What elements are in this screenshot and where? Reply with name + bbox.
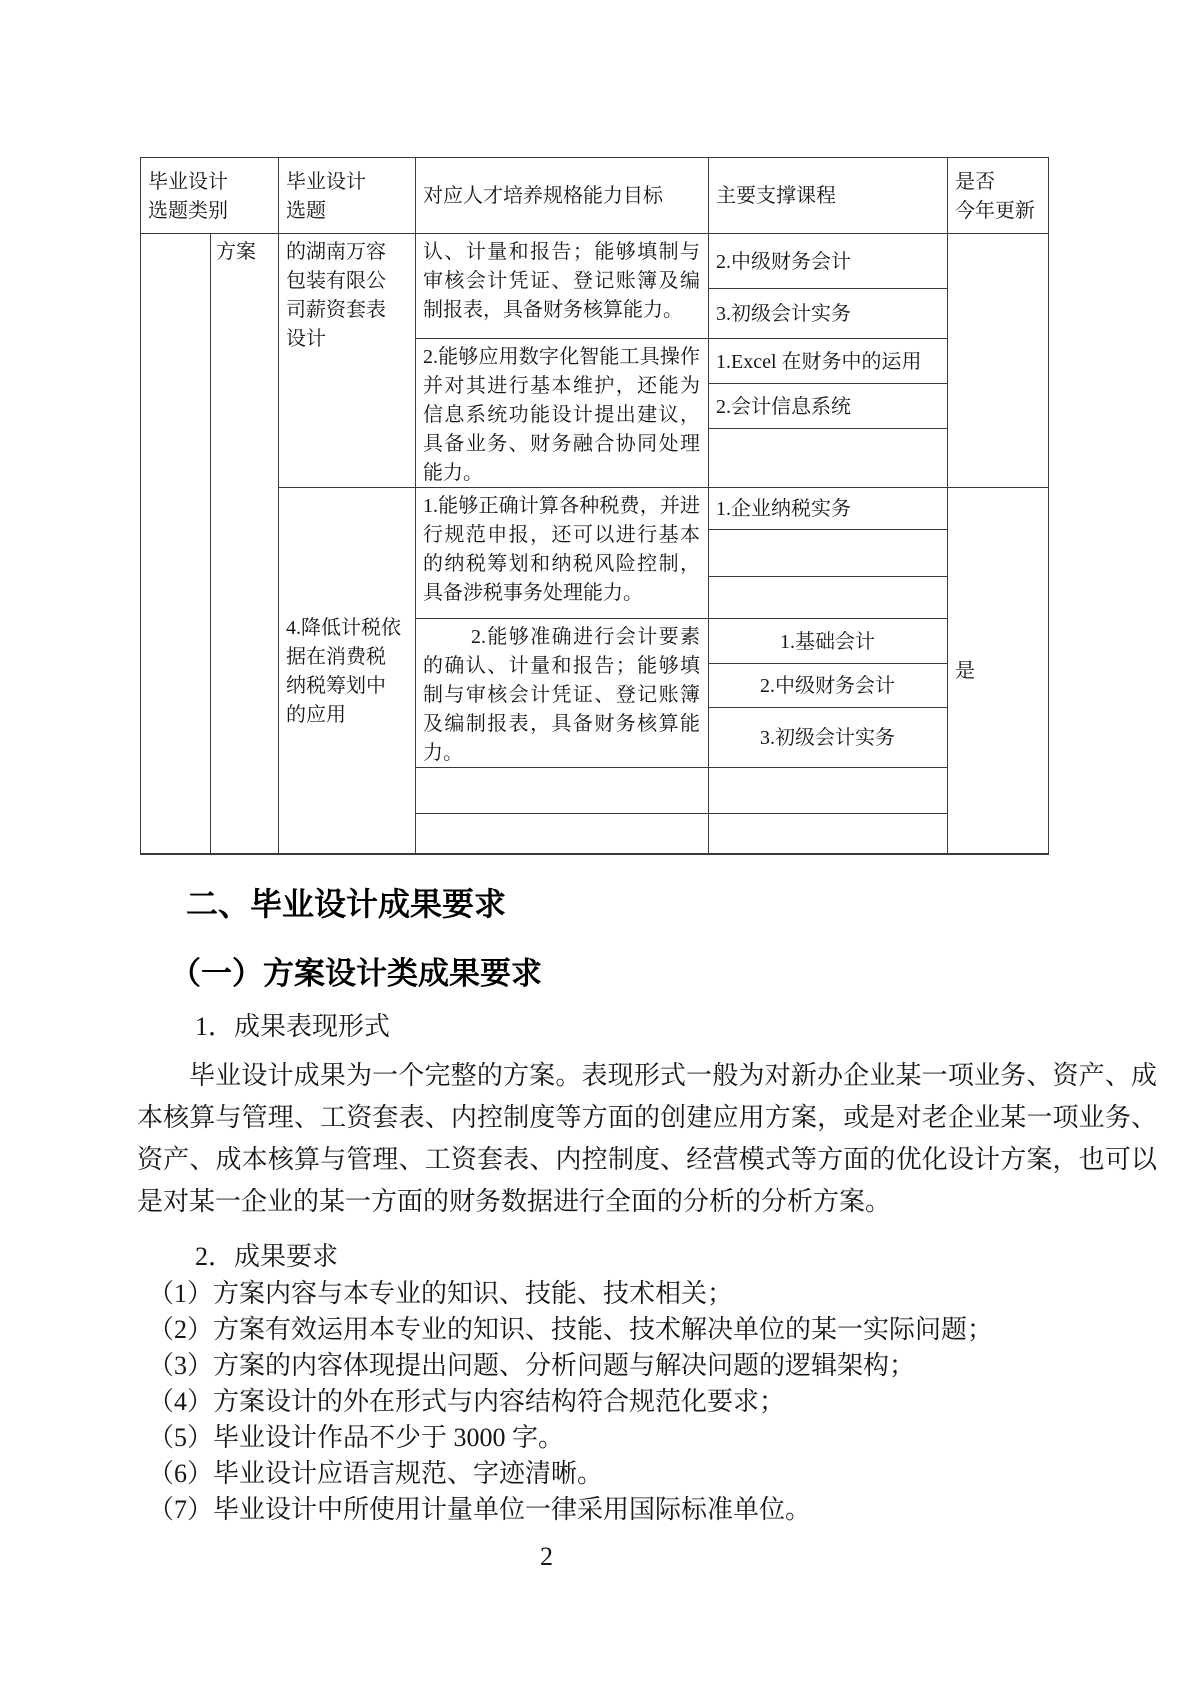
table-header-topic: 毕业设计 选题 xyxy=(279,158,416,234)
cell-ability-a1: 认、计量和报告；能够填制与审核会计凭证、登记账簿及编制报表，具备财务核算能力。 xyxy=(416,234,709,339)
cell-course-1a-1: 2.中级财务会计 xyxy=(709,234,948,289)
page-number: 2 xyxy=(540,1542,553,1572)
table-header-ability: 对应人才培养规格能力目标 xyxy=(416,158,709,234)
table-header-courses: 主要支撑课程 xyxy=(709,158,948,234)
cell-empty-ability-2 xyxy=(416,814,709,853)
requirements-list: （1）方案内容与本专业的知识、技能、技术相关； （2）方案有效运用本专业的知识、… xyxy=(148,1276,1158,1528)
table-header-updated: 是否 今年更新 xyxy=(948,158,1048,234)
requirement-item-5: （5）毕业设计作品不少于 3000 字。 xyxy=(148,1420,1158,1456)
cell-ability-a2: 2.能够应用数字化智能工具操作并对其进行基本维护，还能为信息系统功能设计提出建议… xyxy=(416,339,709,488)
requirement-item-7: （7）毕业设计中所使用计量单位一律采用国际标准单位。 xyxy=(148,1492,1158,1528)
cell-empty-updated xyxy=(948,234,1048,488)
cell-topic-1: 的湖南万容 包装有限公 司薪资套表 设计 xyxy=(279,234,416,488)
cell-empty-course-5 xyxy=(709,814,948,853)
cell-category-value: 方案 xyxy=(211,234,279,853)
cell-course-2b-3: 3.初级会计实务 xyxy=(709,708,948,768)
cell-course-1b-2: 2.会计信息系统 xyxy=(709,384,948,429)
section-heading: 二、毕业设计成果要求 xyxy=(186,884,506,924)
cell-empty-course-1 xyxy=(709,429,948,488)
requirement-item-1: （1）方案内容与本专业的知识、技能、技术相关； xyxy=(148,1276,1158,1312)
requirement-item-4: （4）方案设计的外在形式与内容结构符合规范化要求； xyxy=(148,1384,1158,1420)
overview-paragraph: 毕业设计成果为一个完整的方案。表现形式一般为对新办企业某一项业务、资产、成本核算… xyxy=(137,1055,1157,1223)
cell-empty-course-4 xyxy=(709,768,948,814)
item-1-title: 1．成果表现形式 xyxy=(195,1010,390,1044)
cell-empty-course-2 xyxy=(709,530,948,577)
topics-table: 毕业设计 选题类别 毕业设计 选题 对应人才培养规格能力目标 主要支撑课程 是否… xyxy=(140,157,1049,855)
cell-empty-course-3 xyxy=(709,577,948,619)
cell-course-2b-2: 2.中级财务会计 xyxy=(709,664,948,708)
cell-ability-b1: 1.能够正确计算各种税费，并进行规范申报，还可以进行基本的纳税筹划和纳税风险控制… xyxy=(416,488,709,619)
cell-course-1a-2: 3.初级会计实务 xyxy=(709,289,948,339)
cell-empty-ability-1 xyxy=(416,768,709,814)
cell-course-1b-1: 1.Excel 在财务中的运用 xyxy=(709,339,948,384)
cell-ability-b2: 2.能够准确进行会计要素的确认、计量和报告；能够填制与审核会计凭证、登记账簿及编… xyxy=(416,619,709,768)
subsection-heading: （一）方案设计类成果要求 xyxy=(170,954,542,994)
requirement-item-2: （2）方案有效运用本专业的知识、技能、技术解决单位的某一实际问题； xyxy=(148,1312,1158,1348)
cell-course-2a-1: 1.企业纳税实务 xyxy=(709,488,948,530)
cell-updated-value: 是 xyxy=(948,488,1048,853)
cell-course-2b-1: 1.基础会计 xyxy=(709,619,948,664)
requirement-item-6: （6）毕业设计应语言规范、字迹清晰。 xyxy=(148,1456,1158,1492)
cell-topic-2: 4.降低计税依 据在消费税 纳税筹划中 的应用 xyxy=(279,488,416,853)
cell-empty-category xyxy=(141,234,211,853)
requirement-item-3: （3）方案的内容体现提出问题、分析问题与解决问题的逻辑架构； xyxy=(148,1348,1158,1384)
table-header-category: 毕业设计 选题类别 xyxy=(141,158,279,234)
item-2-title: 2．成果要求 xyxy=(195,1240,338,1274)
